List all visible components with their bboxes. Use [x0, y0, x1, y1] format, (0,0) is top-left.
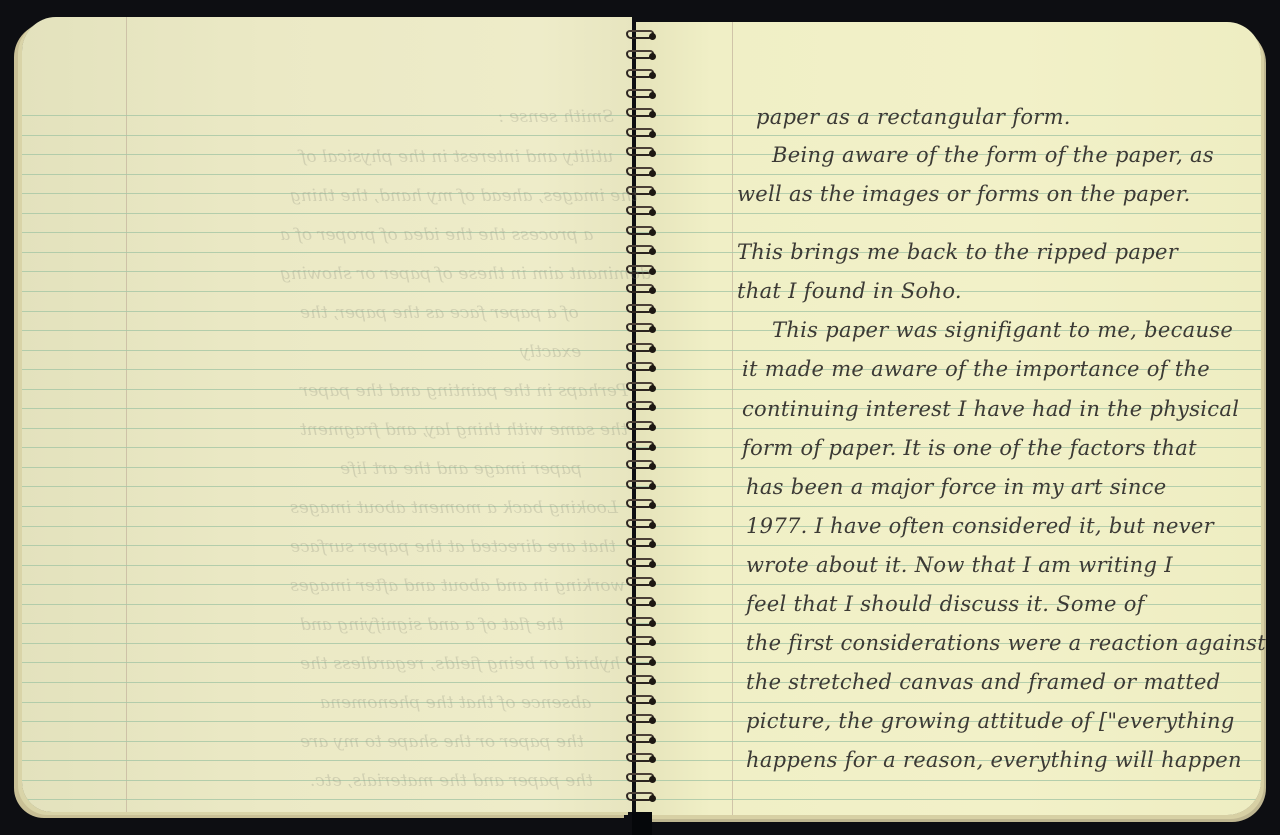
- ruled-line: [22, 408, 632, 409]
- ruled-line: [636, 467, 1261, 468]
- spiral-coil: [626, 50, 654, 59]
- spiral-coil: [626, 284, 654, 293]
- handwritten-line: it made me aware of the importance of th…: [742, 359, 1210, 380]
- left-page-margin-line: [126, 17, 127, 812]
- right-page-margin-line: [732, 22, 733, 815]
- ruled-line: [22, 604, 632, 605]
- ruled-line: [636, 799, 1261, 800]
- ruled-line: [22, 213, 632, 214]
- spiral-coil: [626, 675, 654, 684]
- ghost-line: the flat of a and signifying and: [300, 615, 564, 635]
- spiral-coil: [626, 89, 654, 98]
- ghost-line: Smith sense :: [498, 107, 614, 127]
- ruled-line: [636, 584, 1261, 585]
- handwritten-line: form of paper. It is one of the factors …: [742, 438, 1197, 459]
- spiral-coil: [626, 558, 654, 567]
- handwritten-line: wrote about it. Now that I am writing I: [746, 555, 1173, 576]
- spiral-coil: [626, 245, 654, 254]
- ruled-line: [636, 174, 1261, 175]
- handwritten-line: paper as a rectangular form.: [756, 107, 1071, 128]
- spiral-coil: [626, 304, 654, 313]
- spiral-coil: [626, 577, 654, 586]
- spiral-coil: [626, 167, 654, 176]
- ghost-line: Looking back a moment about images: [290, 498, 618, 518]
- ruled-line: [22, 486, 632, 487]
- ghost-line: the paper or the shape to my are: [300, 732, 584, 752]
- ruled-line: [22, 135, 632, 136]
- ghost-line: absence of that the phenomena: [320, 693, 591, 713]
- spiral-coil: [626, 30, 654, 39]
- handwritten-line: well as the images or forms on the paper…: [737, 184, 1191, 205]
- ruled-line: [636, 662, 1261, 663]
- spiral-coil: [626, 441, 654, 450]
- spiral-coil: [626, 499, 654, 508]
- ghost-line: the paper and the materials, etc.: [310, 771, 593, 791]
- spiral-coil: [626, 636, 654, 645]
- handwritten-line: that I found in Soho.: [737, 281, 962, 302]
- ruled-line: [636, 213, 1261, 214]
- ruled-line: [636, 428, 1261, 429]
- spiral-coil: [626, 519, 654, 528]
- spiral-coil: [626, 206, 654, 215]
- spiral-coil: [626, 226, 654, 235]
- ruled-line: [22, 526, 632, 527]
- ruled-line: [636, 741, 1261, 742]
- ghost-line: exactly: [520, 342, 581, 362]
- handwritten-line: picture, the growing attitude of ["every…: [746, 711, 1235, 732]
- handwritten-line: the first considerations were a reaction…: [746, 633, 1266, 654]
- ruled-line: [636, 232, 1261, 233]
- spiral-coil: [626, 617, 654, 626]
- spiral-binding: [622, 24, 658, 814]
- handwritten-line: This brings me back to the ripped paper: [737, 242, 1178, 263]
- ghost-line: utility and interest in the physical of: [300, 147, 613, 167]
- handwritten-line: has been a major force in my art since: [746, 477, 1166, 498]
- ruled-line: [636, 545, 1261, 546]
- spiral-coil: [626, 538, 654, 547]
- ghost-line: of a paper face as the paper, the: [300, 303, 579, 323]
- spiral-coil: [626, 753, 654, 762]
- spiral-coil: [626, 734, 654, 743]
- spiral-coil: [626, 421, 654, 430]
- ruled-line: [22, 447, 632, 448]
- ruled-line: [22, 643, 632, 644]
- spiral-coil: [626, 656, 654, 665]
- spiral-coil: [626, 69, 654, 78]
- ruled-line: [636, 135, 1261, 136]
- ghost-line: a process the the idea of proper of a: [280, 225, 593, 245]
- ruled-line: [22, 252, 632, 253]
- spiral-coil: [626, 147, 654, 156]
- ruled-line: [636, 271, 1261, 272]
- handwritten-line: the stretched canvas and framed or matte…: [746, 672, 1220, 693]
- spiral-coil: [626, 695, 654, 704]
- spiral-coil: [626, 480, 654, 489]
- handwritten-line: Being aware of the form of the paper, as: [772, 145, 1214, 166]
- ghost-line: hybrid or being fields, regardless the: [300, 654, 620, 674]
- spiral-coil: [626, 792, 654, 801]
- ruled-line: [22, 330, 632, 331]
- spiral-coil: [626, 323, 654, 332]
- handwritten-line: 1977. I have often considered it, but ne…: [746, 516, 1214, 537]
- ghost-line: that are directed at the paper surface: [290, 537, 616, 557]
- handwritten-line: continuing interest I have had in the ph…: [742, 399, 1239, 420]
- ruled-line: [636, 311, 1261, 312]
- spiral-coil: [626, 382, 654, 391]
- ghost-line: the images, ahead of my hand, the thing: [290, 186, 638, 206]
- binding-gap: [632, 812, 652, 835]
- ruled-line: [636, 702, 1261, 703]
- ruled-line: [22, 369, 632, 370]
- ghost-line: working in and about and after images: [290, 576, 625, 596]
- ruled-line: [636, 623, 1261, 624]
- ruled-line: [636, 350, 1261, 351]
- ghost-line: the same with thing lay, and fragment: [300, 420, 628, 440]
- ruled-line: [636, 780, 1261, 781]
- ruled-line: [636, 506, 1261, 507]
- ghost-line: dominant aim in these of paper or showin…: [280, 264, 651, 284]
- ruled-line: [22, 799, 632, 800]
- spiral-coil: [626, 128, 654, 137]
- ruled-line: [22, 760, 632, 761]
- spiral-coil: [626, 714, 654, 723]
- spiral-coil: [626, 343, 654, 352]
- ghost-line: Perhaps in the painting and the paper: [300, 381, 628, 401]
- ruled-line: [22, 682, 632, 683]
- ruled-line: [22, 565, 632, 566]
- handwritten-line: feel that I should discuss it. Some of: [746, 594, 1145, 615]
- spiral-coil: [626, 108, 654, 117]
- ruled-line: [22, 291, 632, 292]
- handwritten-line: This paper was signifigant to me, becaus…: [772, 320, 1233, 341]
- handwritten-line: happens for a reason, everything will ha…: [746, 750, 1242, 771]
- spiral-coil: [626, 401, 654, 410]
- spiral-coil: [626, 362, 654, 371]
- spiral-coil: [626, 773, 654, 782]
- ruled-line: [22, 721, 632, 722]
- ruled-line: [636, 389, 1261, 390]
- ruled-line: [22, 174, 632, 175]
- spiral-coil: [626, 597, 654, 606]
- spiral-coil: [626, 460, 654, 469]
- ghost-line: paper image and the art life: [340, 459, 582, 479]
